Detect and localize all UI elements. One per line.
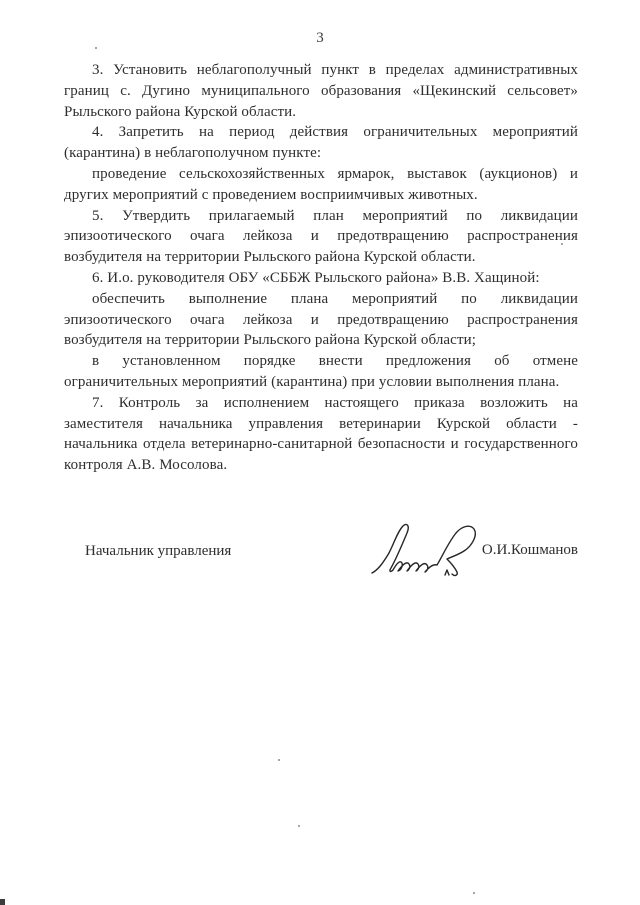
document-text-block: 3. Установить неблагополучный пункт в пр… bbox=[64, 60, 578, 476]
scan-corner-artifact bbox=[0, 899, 5, 905]
paragraph: 6. И.о. руководителя ОБУ «СББЖ Рыльского… bbox=[64, 268, 578, 289]
paragraph: 4. Запретить на период действия ограничи… bbox=[64, 122, 578, 164]
paragraph: проведение сельскохозяйственных ярмарок,… bbox=[64, 164, 578, 206]
signature-block: Начальник управления О.И.Кошманов bbox=[64, 518, 578, 582]
paragraph: обеспечить выполнение плана мероприятий … bbox=[64, 289, 578, 351]
scan-speck bbox=[95, 47, 97, 49]
signature-position-label: Начальник управления bbox=[85, 543, 231, 560]
scan-speck bbox=[298, 825, 300, 827]
scan-speck bbox=[561, 243, 563, 245]
signatory-name: О.И.Кошманов bbox=[482, 542, 578, 559]
paragraph: 7. Контроль за исполнением настоящего пр… bbox=[64, 393, 578, 476]
paragraph: в установленном порядке внести предложен… bbox=[64, 351, 578, 393]
paragraph: 5. Утвердить прилагаемый план мероприяти… bbox=[64, 206, 578, 268]
scan-speck bbox=[473, 892, 475, 894]
scan-speck bbox=[278, 759, 280, 761]
paragraph: 3. Установить неблагополучный пункт в пр… bbox=[64, 60, 578, 122]
handwritten-signature-icon bbox=[366, 520, 494, 580]
page-number: 3 bbox=[0, 30, 640, 47]
document-page: 3 3. Установить неблагополучный пункт в … bbox=[0, 0, 640, 905]
